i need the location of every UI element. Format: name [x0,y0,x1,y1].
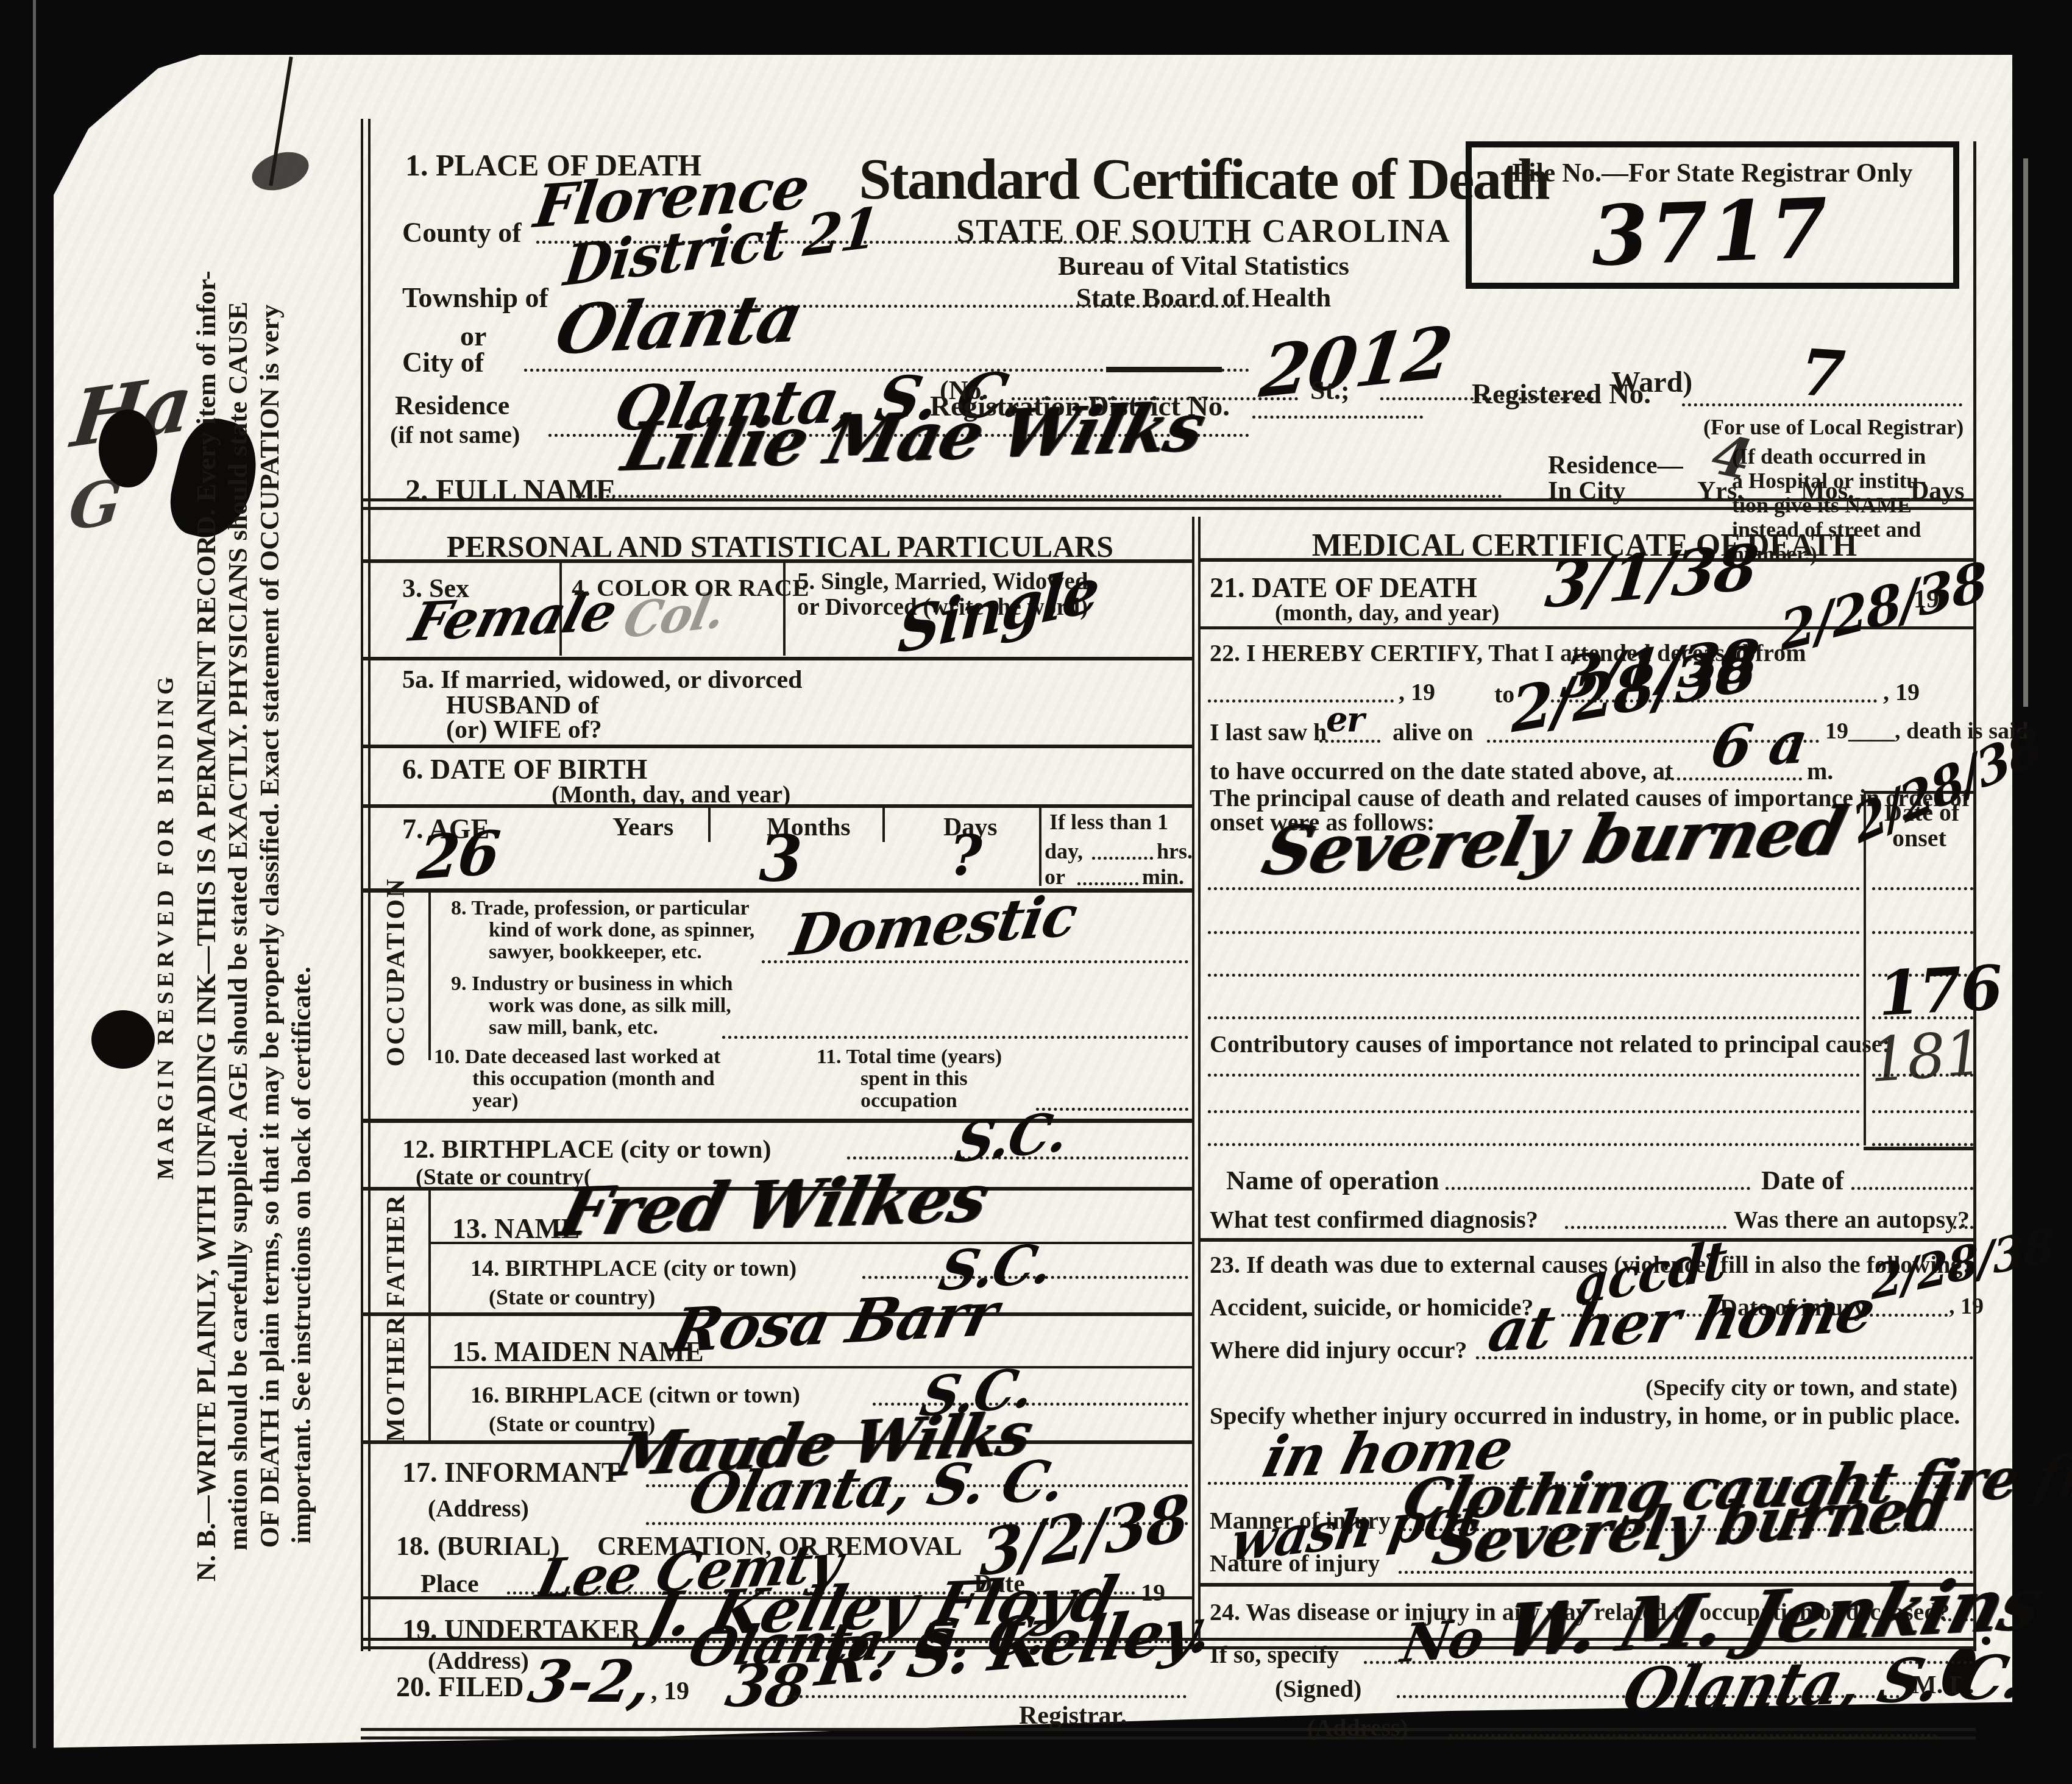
rule [361,1728,1976,1731]
last-saw-er: er [1326,699,1363,740]
mother-birthplace-label: 16. BIRHPLACE (citwn or town) [470,1382,800,1409]
occupation-vertical-label: OCCUPATION [381,877,411,1067]
age-years-label: Years [612,813,673,842]
signed-label: (Signed) [1275,1674,1361,1703]
operation-label: Name of operation [1226,1165,1439,1196]
scan-edge-left [0,0,54,1784]
contributory-label: Contributory causes of importance not re… [1210,1030,1890,1058]
certify-19b: , 19 [1883,678,1920,706]
husband-label-1: 5a. If married, widowed, or divorced [402,665,802,695]
age-entry: 26 [414,818,502,894]
undertaker-label: 19. UNDERTAKER [402,1613,640,1646]
ornament-dash [1106,367,1222,372]
registered-no-entry: 7 [1798,334,1847,412]
industry-line [722,1036,1188,1039]
death-certificate-scan: MARGIN RESERVED FOR BINDING N. B.—WRITE … [0,0,2072,1784]
industry-label-1: 9. Industry or business in which [451,972,733,996]
where-injury-line [1476,1356,1973,1359]
operation-line [1446,1187,1750,1190]
burial-label: (BURIAL) [438,1531,559,1562]
last-saw-pre: I last saw h [1210,718,1327,746]
cell-divider [882,808,885,842]
full-name-line [576,495,1502,498]
residence-sub-label: (if not same) [390,420,520,449]
group-divider [428,893,431,1060]
color-race-entry: Col. [619,582,729,650]
rule [361,745,1193,748]
certify-19a: , 19 [1399,678,1435,706]
file-number: 3717 [1590,179,1832,285]
industry-label-3: saw mill, bank, etc. [489,1016,658,1039]
margin-nb-line1: N. B.—WRITE PLAINLY, WITH UNFADING INK—T… [190,271,222,1581]
mother-vertical-label: MOTHER [381,1314,411,1442]
occurred-dots [1665,777,1802,780]
days-line [1853,498,1907,501]
less-hrs-label: hrs. [1157,838,1193,864]
cause-line [1208,931,1860,934]
operation-date-line [1851,1187,1973,1190]
form-border [1973,141,1976,1651]
onset-stub [1872,887,1973,890]
industry-label-2: work was done, as silk mill, [489,994,731,1018]
informant-label: 17. INFORMANT [402,1456,620,1488]
city-entry: Olanta [548,277,810,370]
rule [361,657,1193,660]
state-line: STATE OF SOUTH CAROLINA [956,212,1451,250]
stray-handwriting: Ha [67,358,196,465]
less-than-label: If less than 1 [1049,809,1168,835]
filed-19-label: , 19 [651,1677,689,1706]
full-name-label: 2. FULL NAME [405,472,616,508]
ward-label: Ward) [1611,366,1692,399]
last-saw-er-dots [1319,740,1380,743]
occurred-entry: 6 a [1706,709,1811,782]
autopsy-line [1953,1226,1973,1229]
rule [428,1242,1193,1244]
stray-handwriting: G [66,465,124,544]
father-vertical-label: FATHER [381,1194,411,1308]
form-border [361,119,363,1651]
test-label: What test confirmed diagnosis? [1210,1205,1538,1234]
less-day-label: day, [1045,838,1083,864]
certify-line-dots [1208,699,1394,703]
scan-edge-right [2012,0,2072,1784]
street-line [1380,397,1600,400]
onset-stub [1872,931,1973,934]
nature-injury-label: Nature of injury [1210,1549,1380,1577]
cell-divider [1039,808,1041,886]
rule [428,1366,1193,1368]
if-so-label: If so, specify [1210,1640,1339,1669]
scan-streak [2023,158,2028,707]
yrs-label: Yrs. [1697,476,1744,506]
last-saw-post: alive on [1393,718,1473,746]
total-time-label-2: spent in this [860,1067,968,1091]
last-worked-label-3: year) [472,1089,519,1113]
husband-label-3: (or) WIFE of? [446,715,602,745]
certificate-title: Standard Certificate of Death [859,145,1548,213]
contributory-line [1208,1110,1860,1113]
injury-date-line [1864,1314,1948,1317]
hospital-note-1: (If death occurred in [1732,444,1926,469]
residence-label: Residence [395,390,509,421]
rule [1198,1238,1976,1242]
cause-line [1208,1016,1860,1019]
trade-label-3: sawyer, bookkeeper, etc. [489,941,702,964]
onset-box-bottom [1864,1147,1976,1150]
burial-place-label: Place [420,1570,479,1599]
burial-number: 18. [396,1531,430,1562]
informant-address-label: (Address) [428,1494,529,1523]
filed-day-entry: 3-2, [523,1648,657,1716]
margin-nb-line3: OF DEATH in plain terms, so that it may … [254,304,285,1548]
contributory-line [1208,1074,1860,1077]
birthplace-label: 12. BIRTHPLACE (city or town) [402,1134,772,1164]
bureau-line: Bureau of Vital Statistics [1058,250,1349,281]
father-birthplace-sub: (State or country) [489,1284,655,1310]
less-min-label: min. [1142,864,1184,890]
occurred-label: to have occurred on the date stated abov… [1210,757,1673,785]
mos-line [1752,498,1798,501]
age-months-entry: 3 [759,821,801,896]
margin-nb-line4: important. See instructions on back of c… [285,966,317,1543]
age-days-entry: ? [949,823,981,888]
group-divider [428,1191,431,1312]
last-worked-label-1: 10. Date deceased last worked at [434,1046,720,1069]
accident-label: Accident, suicide, or homicide? [1210,1293,1533,1322]
margin-nb-line2: mation should be carefully supplied. AGE… [222,302,254,1551]
filed-year-entry: 38 [720,1652,813,1720]
column-divider [1192,517,1194,1651]
cause-line [1208,974,1860,977]
total-time-label-1: 11. Total time (years) [817,1046,1002,1069]
filed-line [787,1695,1187,1698]
cause-line [1208,887,1860,890]
where-injury-label: Where did injury occur? [1210,1336,1467,1364]
in-city-label: In City [1548,476,1625,506]
township-label: Township of [402,281,548,314]
punch-hole [91,1010,155,1069]
form-border [368,119,371,1651]
yrs-line [1645,498,1694,501]
county-label: County of [402,216,522,249]
days-label: Days [1911,476,1965,506]
onset-stub [1872,1143,1973,1146]
injury-19-label: , 19 [1949,1293,1984,1320]
contributory-line [1208,1143,1860,1146]
onset-stub [1872,1074,1973,1077]
reg-district-line [1252,416,1423,419]
trade-label-2: kind of work done, as spinner, [489,919,754,942]
last-worked-label-2: this occupation (month and [472,1067,715,1091]
autopsy-label: Was there an autopsy? [1734,1205,1970,1234]
total-time-label-3: occupation [860,1089,957,1113]
specify-city-label: (Specify city or town, and state) [1645,1375,1957,1401]
group-divider [428,1316,431,1440]
street-label: St.; [1310,375,1350,406]
code-181: 181 [1867,1017,1985,1096]
rule [361,804,1193,808]
father-birthplace-label: 14. BIRTHPLACE (city or town) [470,1255,797,1282]
test-line [1565,1226,1726,1229]
occupation-related-entry: No [1397,1607,1488,1675]
rule [361,1736,1976,1740]
operation-date-label: Date of [1761,1165,1844,1196]
board-line: State Board of Health [1076,281,1332,313]
residence-in-city-label: Residence— [1548,451,1683,480]
mos-label: Mos. [1801,476,1854,506]
cell-divider [708,808,711,842]
filed-label: 20. FILED [396,1671,524,1703]
registrar-label: Registrar. [1019,1701,1127,1730]
margin-binding-note: MARGIN RESERVED FOR BINDING [152,673,179,1180]
hrs-line [1092,857,1153,860]
column-divider [1198,517,1201,1651]
occurred-m-label: m. [1807,757,1833,785]
dod-sub-label: (month, day, and year) [1275,600,1499,626]
city-label: City of [402,346,484,378]
physician-address-entry: Olanta, S. C. [1616,1641,2032,1726]
scan-streak [33,0,36,1784]
onset-stub [1872,1110,1973,1113]
min-line [1077,882,1138,885]
trade-label-1: 8. Trade, profession, or particular [451,897,750,920]
father-name-entry: Fred Wilkes [552,1159,996,1251]
